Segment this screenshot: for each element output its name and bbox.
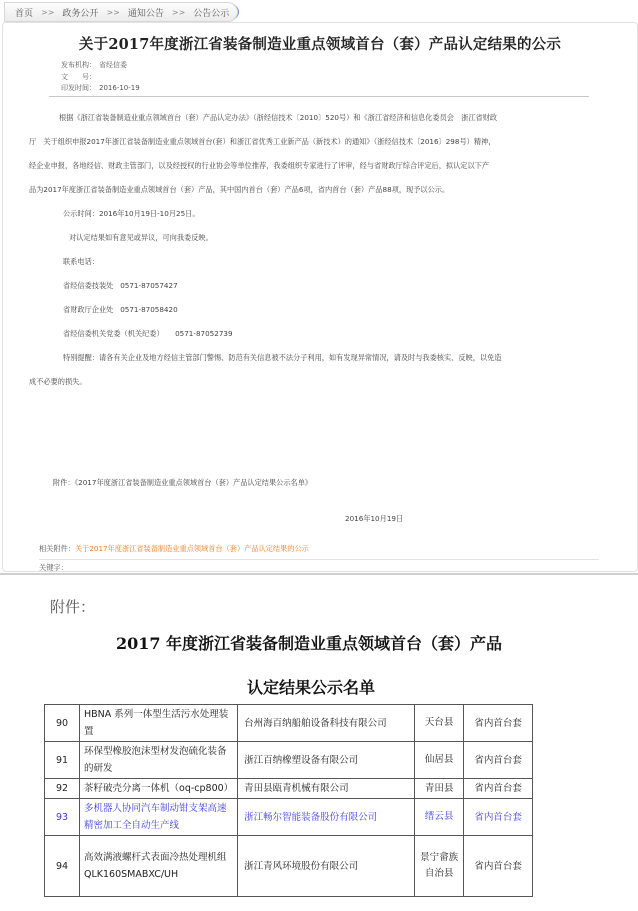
row-product: 环保型橡胶泡沫型材发泡硫化装备的研发 [80, 742, 238, 779]
attachment-document: 附件： 2017 年度浙江省装备制造业重点领域首台（套）产品 认定结果公示名单 … [0, 576, 638, 911]
row-product: 多机器人协同汽车制动钳支架高速精密加工全自动生产线 [80, 799, 238, 836]
row-county: 青田县 [415, 779, 464, 799]
row-product: 茶籽破壳分离一体机（oq-cp800） [80, 779, 238, 799]
row-county: 缙云县 [415, 799, 464, 836]
breadcrumb-end-arc-icon [232, 5, 239, 19]
row-type: 省内首台套 [464, 779, 533, 799]
row-company: 浙江畅尔智能装备股份有限公司 [238, 799, 415, 836]
breadcrumb-separator: >> [172, 8, 185, 17]
row-number: 94 [45, 836, 80, 897]
attachment-title-line2: 认定结果公示名单 [0, 675, 630, 698]
breadcrumb-separator: >> [106, 8, 119, 17]
row-number: 92 [45, 779, 80, 799]
breadcrumb-separator: >> [41, 8, 54, 17]
product-list-table: 90 HBNA 系列一体型生活污水处理装置 台州海百纳船舶设备科技有限公司 天台… [44, 704, 533, 897]
row-product: 高效满液螺杆式表面冷热处理机组 QLK160SMABXC/UH [80, 836, 238, 897]
contact-dept: 省经信委机关党委（机关纪委） [63, 329, 164, 338]
paragraph-basis-line2: 厅 关于组织申报2017年浙江省装备制造业重点领域首台(套）和浙江省优秀工业新产… [29, 130, 614, 154]
row-type: 省内首台套 [464, 705, 533, 742]
row-county: 景宁畲族自治县 [415, 836, 464, 897]
reminder-line1: 特别提醒：请各有关企业及地方经信主管部门警惕、防范有关信息被不法分子利用，如有发… [29, 346, 614, 370]
contact-heading: 联系电话： [29, 250, 614, 274]
contact-dept: 省财政厅企业处 [63, 305, 113, 314]
row-product: HBNA 系列一体型生活污水处理装置 [80, 705, 238, 742]
contact-row: 省财政厅企业处 0571-87058420 [29, 298, 614, 322]
doc-no-label: 文 号： [61, 72, 99, 84]
article-body: 根据《浙江省装备制造业重点领域首台（套）产品认定办法》（浙经信技术〔2010〕5… [29, 106, 614, 394]
contact-row: 省经信委技装处 0571-87057427 [29, 274, 614, 298]
table-row: 92 茶籽破壳分离一体机（oq-cp800） 青田县瓯青机械有限公司 青田县 省… [45, 779, 533, 799]
row-type: 省内首台套 [464, 836, 533, 897]
table-row: 90 HBNA 系列一体型生活污水处理装置 台州海百纳船舶设备科技有限公司 天台… [45, 705, 533, 742]
related-attachment-label: 相关附件： [39, 544, 75, 553]
attachment-title-line1: 2017 年度浙江省装备制造业重点领域首台（套）产品 [0, 631, 628, 654]
row-company: 台州海百纳船舶设备科技有限公司 [238, 705, 415, 742]
table-row-highlighted: 93 多机器人协同汽车制动钳支架高速精密加工全自动生产线 浙江畅尔智能装备股份有… [45, 799, 533, 836]
paragraph-basis-line4: 品为2017年度浙江省装备制造业重点领域首台（套）产品，其中国内首台（套）产品6… [29, 178, 614, 202]
breadcrumb-gov-affairs[interactable]: 政务公开 [62, 6, 98, 19]
publisher-value: 省经信委 [99, 61, 127, 69]
table-row: 91 环保型橡胶泡沫型材发泡硫化装备的研发 浙江百纳橡塑设备有限公司 仙居县 省… [45, 742, 533, 779]
meta-divider [49, 96, 589, 97]
keywords-label: 关键字： [39, 563, 68, 572]
row-type: 省内首台套 [464, 799, 533, 836]
row-county: 天台县 [415, 705, 464, 742]
reminder-line2: 成不必要的损失。 [29, 370, 614, 394]
contact-dept: 省经信委技装处 [63, 281, 113, 290]
attachment-reference: 附件：《2017年度浙江省装备制造业重点领域首台（套）产品认定结果公示名单》 [53, 478, 312, 488]
article-title: 关于2017年度浙江省装备制造业重点领域首台（套）产品认定结果的公示 [3, 33, 637, 54]
related-attachment: 相关附件：关于2017年度浙江省装备制造业重点领域首台（套）产品认定结果的公示 [39, 544, 599, 560]
row-type: 省内首台套 [464, 742, 533, 779]
paragraph-basis-line1: 根据《浙江省装备制造业重点领域首台（套）产品认定办法》（浙经信技术〔2010〕5… [29, 106, 614, 130]
paragraph-basis-line3: 经企业申报，各地经信、财政主管部门，以及经授权的行业协会等单位推荐，我委组织专家… [29, 154, 614, 178]
breadcrumb-notices[interactable]: 通知公告 [128, 6, 164, 19]
section-divider [0, 573, 638, 575]
date-label: 印发时间： [61, 83, 99, 95]
article-meta: 发布机构：省经信委 文 号： 印发时间：2016-10-19 [61, 60, 140, 95]
row-company: 浙江百纳橡塑设备有限公司 [238, 742, 415, 779]
attachment-label: 附件： [50, 596, 95, 617]
article-panel: 关于2017年度浙江省装备制造业重点领域首台（套）产品认定结果的公示 发布机构：… [2, 22, 638, 572]
row-company: 青田县瓯青机械有限公司 [238, 779, 415, 799]
table-row: 94 高效满液螺杆式表面冷热处理机组 QLK160SMABXC/UH 浙江青风环… [45, 836, 533, 897]
contact-row: 省经信委机关党委（机关纪委） 0571-87052739 [29, 322, 614, 346]
row-company: 浙江青风环境股份有限公司 [238, 836, 415, 897]
contact-phone: 0571-87057427 [120, 281, 177, 290]
feedback-note: 对认定结果如有意见或异议，可向我委反映。 [29, 226, 614, 250]
date-value: 2016-10-19 [99, 84, 140, 92]
breadcrumb-home[interactable]: 首页 [15, 6, 33, 19]
web-page: 首页 >> 政务公开 >> 通知公告 >> 公告公示 关于2017年度浙江省装备… [0, 0, 638, 573]
breadcrumb-announcements[interactable]: 公告公示 [193, 6, 229, 19]
row-county: 仙居县 [415, 742, 464, 779]
row-number: 93 [45, 799, 80, 836]
contact-phone: 0571-87052739 [175, 329, 232, 338]
related-attachment-link[interactable]: 关于2017年度浙江省装备制造业重点领域首台（套）产品认定结果的公示 [75, 544, 309, 553]
publisher-label: 发布机构： [61, 60, 99, 72]
publicity-period: 公示时间：2016年10月19日-10月25日。 [29, 202, 614, 226]
row-number: 90 [45, 705, 80, 742]
row-number: 91 [45, 742, 80, 779]
breadcrumb: 首页 >> 政务公开 >> 通知公告 >> 公告公示 [4, 2, 238, 22]
contact-phone: 0571-87058420 [120, 305, 177, 314]
signature-date: 2016年10月19日 [345, 514, 403, 524]
